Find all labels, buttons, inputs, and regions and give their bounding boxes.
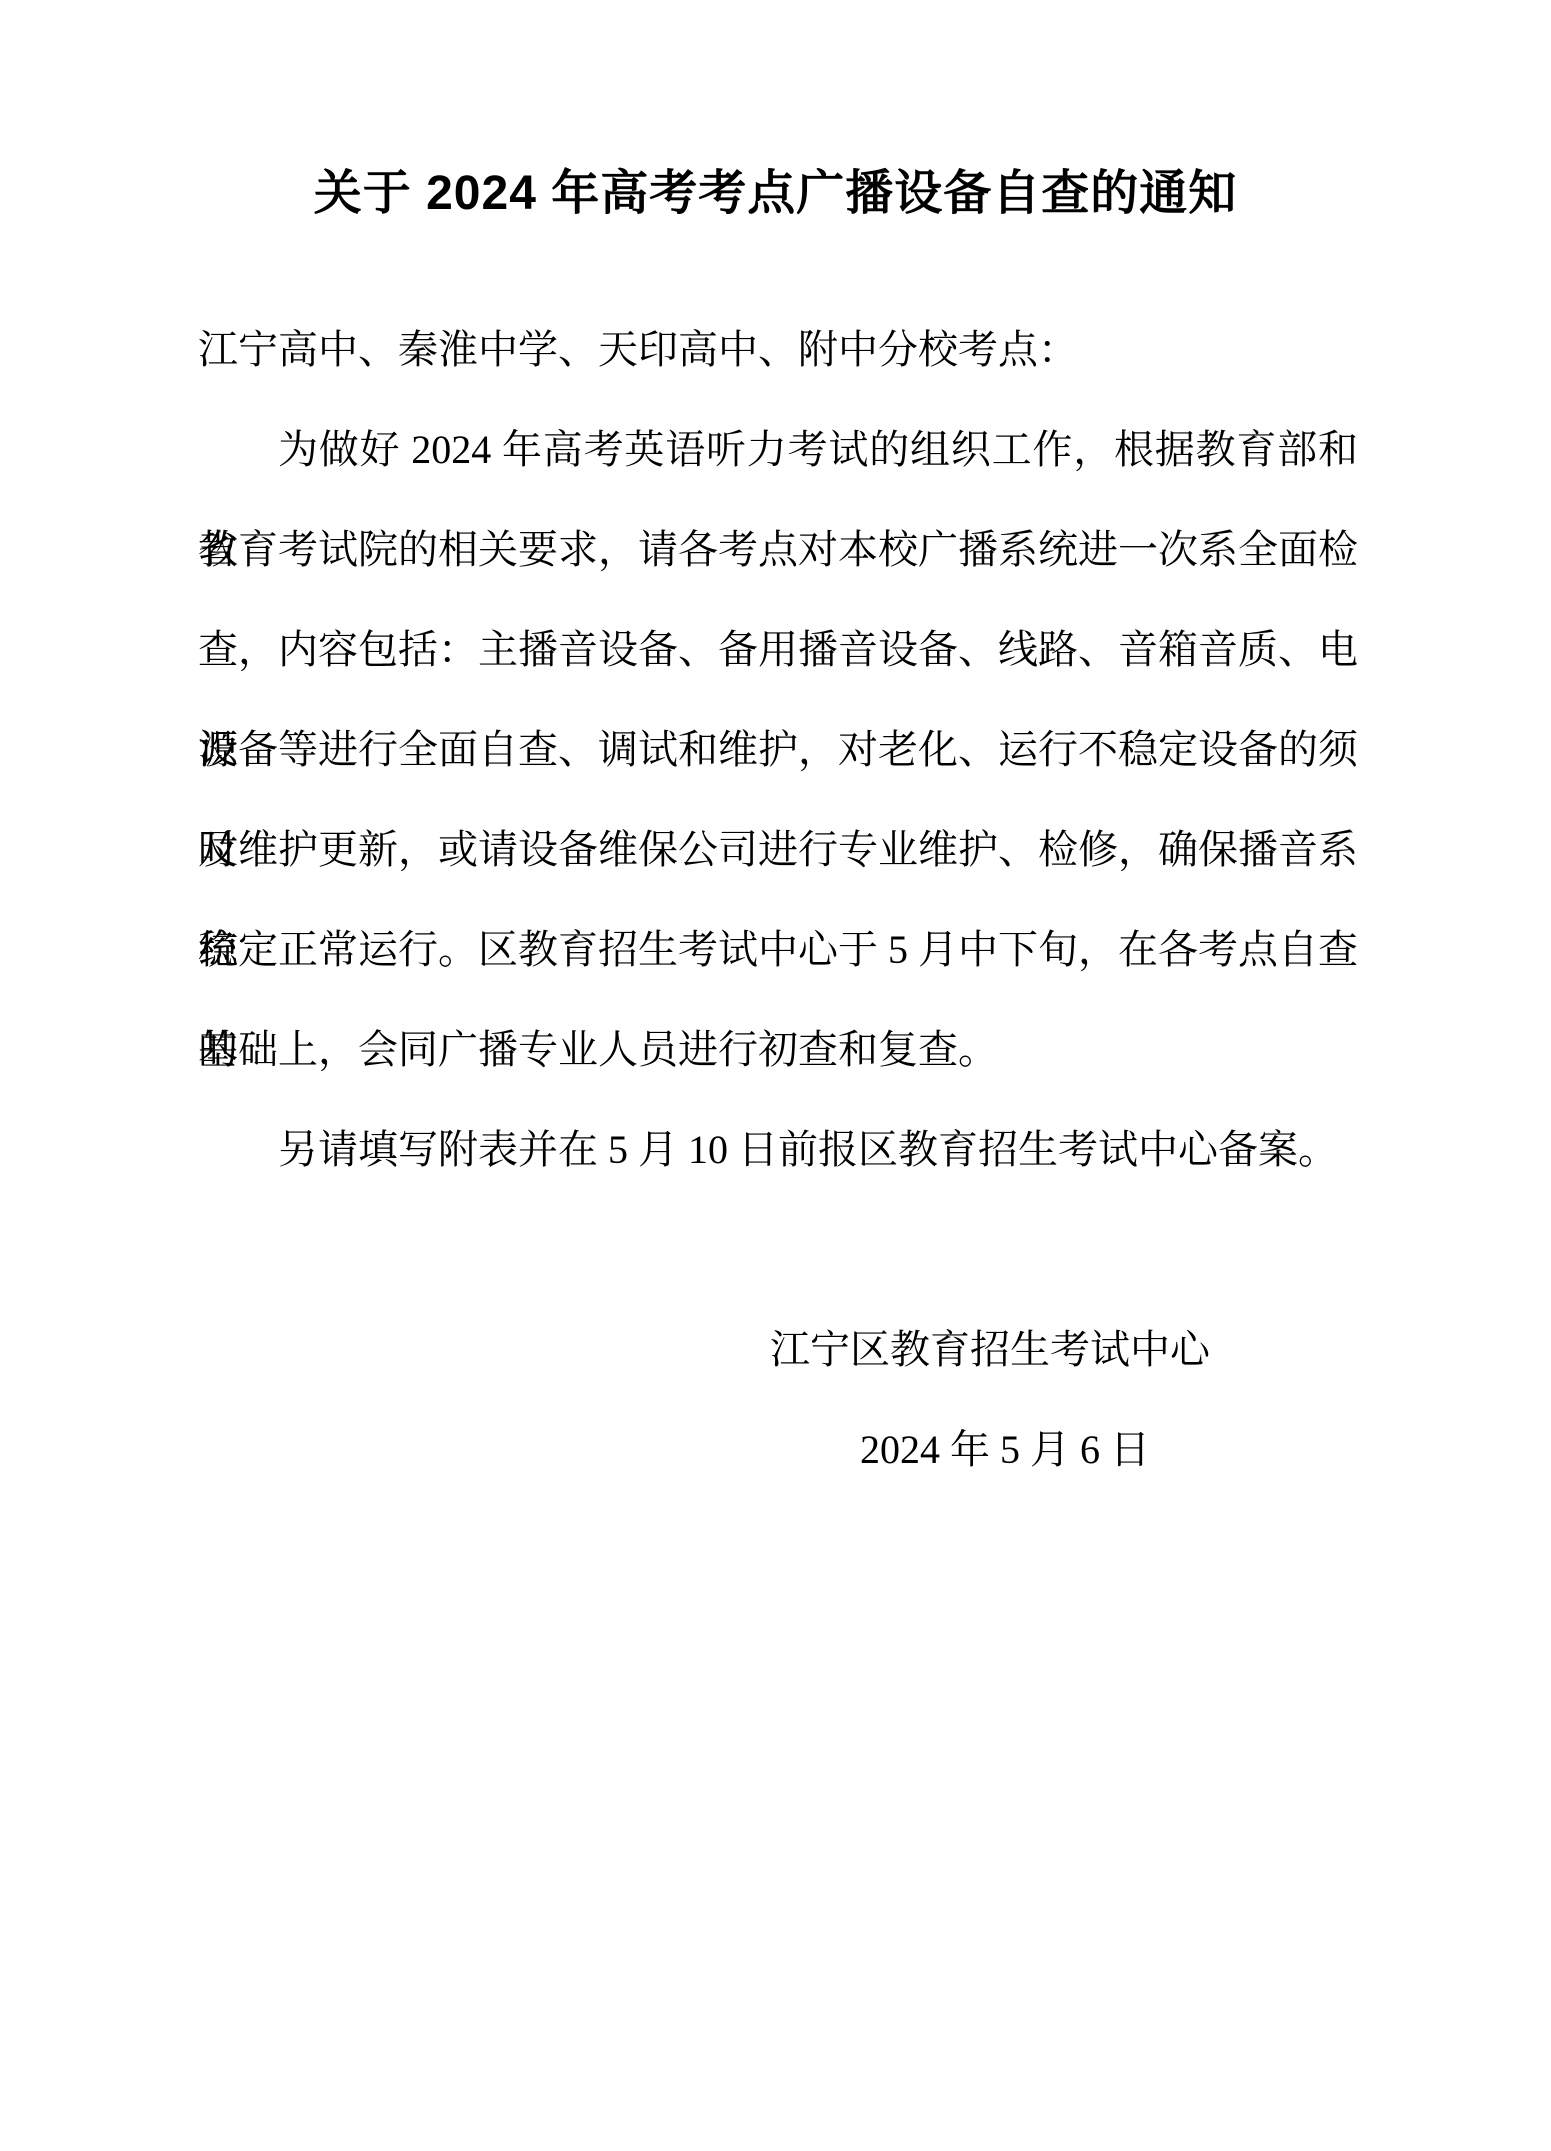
- document-date: 2024 年 5 月 6 日: [860, 1400, 1150, 1500]
- body-line: 时维护更新，或请设备维保公司进行专业维护、检修，确保播音系统: [198, 800, 1358, 900]
- document-title: 关于 2024 年高考考点广播设备自查的通知: [0, 144, 1551, 244]
- document-body: 为做好 2024 年高考英语听力考试的组织工作，根据教育部和省 教育考试院的相关…: [198, 400, 1358, 1200]
- document-page: 关于 2024 年高考考点广播设备自查的通知 江宁高中、秦淮中学、天印高中、附中…: [0, 0, 1551, 2151]
- body-line: 查，内容包括：主播音设备、备用播音设备、线路、音箱音质、电源: [198, 600, 1358, 700]
- body-line: 教育考试院的相关要求，请各考点对本校广播系统进一次系全面检: [198, 500, 1358, 600]
- body-line: 为做好 2024 年高考英语听力考试的组织工作，根据教育部和省: [198, 400, 1358, 500]
- body-line: 另请填写附表并在 5 月 10 日前报区教育招生考试中心备案。: [198, 1100, 1358, 1200]
- salutation-line: 江宁高中、秦淮中学、天印高中、附中分校考点：: [198, 300, 1358, 400]
- body-line: 稳定正常运行。区教育招生考试中心于 5 月中下旬，在各考点自查的: [198, 900, 1358, 1000]
- body-line: 基础上，会同广播专业人员进行初查和复查。: [198, 1000, 1358, 1100]
- body-line: 设备等进行全面自查、调试和维护，对老化、运行不稳定设备的须及: [198, 700, 1358, 800]
- issuing-authority-signature: 江宁区教育招生考试中心: [770, 1300, 1210, 1400]
